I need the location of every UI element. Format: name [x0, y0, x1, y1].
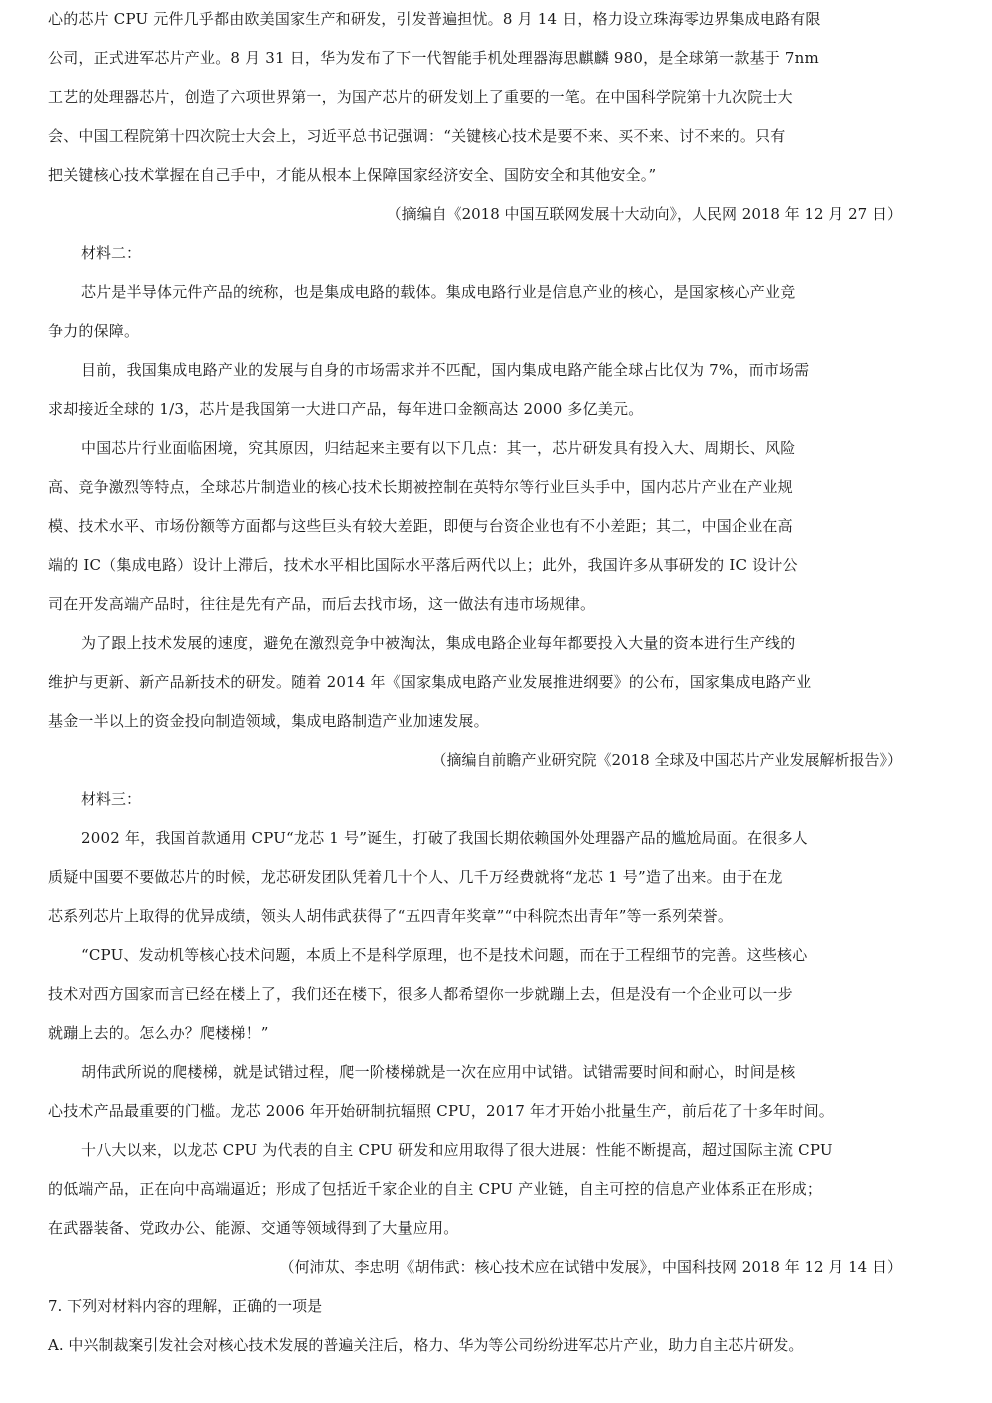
text-line: 模、技术水平、市场份额等方面都与这些巨头有较大差距，即便与台资企业也有不小差距；… [48, 507, 908, 546]
text-line: 司在开发高端产品时，往往是先有产品，而后去找市场，这一做法有违市场规律。 [48, 585, 908, 624]
option-a: A. 中兴制裁案引发社会对核心技术发展的普遍关注后，格力、华为等公司纷纷进军芯片… [48, 1326, 908, 1365]
paragraph: 胡伟武所说的爬楼梯，就是试错过程，爬一阶楼梯就是一次在应用中试错。试错需要时间和… [48, 1053, 908, 1131]
section-heading: 材料三： [48, 780, 908, 819]
paragraph: 目前，我国集成电路产业的发展与自身的市场需求并不匹配，国内集成电路产能全球占比仅… [48, 351, 908, 429]
text-line: 心的芯片 CPU 元件几乎都由欧美国家生产和研发，引发普遍担忧。8 月 14 日… [48, 0, 908, 39]
text-line: 目前，我国集成电路产业的发展与自身的市场需求并不匹配，国内集成电路产能全球占比仅… [48, 351, 908, 390]
source-citation: （何沛苁、李忠明《胡伟武：核心技术应在试错中发展》，中国科技网 2018 年 1… [48, 1248, 908, 1287]
text-line: 就蹦上去的。怎么办？爬楼梯！” [48, 1014, 908, 1053]
question-7: 7. 下列对材料内容的理解，正确的一项是 A. 中兴制裁案引发社会对核心技术发展… [48, 1287, 908, 1365]
text-line: 芯片是半导体元件产品的统称，也是集成电路的载体。集成电路行业是信息产业的核心，是… [48, 273, 908, 312]
text-line: 中国芯片行业面临困境，究其原因，归结起来主要有以下几点：其一，芯片研发具有投入大… [48, 429, 908, 468]
paragraph: 2002 年，我国首款通用 CPU“龙芯 1 号”诞生，打破了我国长期依赖国外处… [48, 819, 908, 936]
material-3: 材料三： 2002 年，我国首款通用 CPU“龙芯 1 号”诞生，打破了我国长期… [48, 780, 908, 1287]
text-line: 技术对西方国家而言已经在楼上了，我们还在楼下，很多人都希望你一步就蹦上去，但是没… [48, 975, 908, 1014]
text-line: 芯系列芯片上取得的优异成绩，领头人胡伟武获得了“五四青年奖章”“中科院杰出青年”… [48, 897, 908, 936]
text-line: 公司，正式进军芯片产业。8 月 31 日，华为发布了下一代智能手机处理器海思麒麟… [48, 39, 908, 78]
document-page: 心的芯片 CPU 元件几乎都由欧美国家生产和研发，引发普遍担忧。8 月 14 日… [48, 0, 908, 1365]
paragraph: 十八大以来，以龙芯 CPU 为代表的自主 CPU 研发和应用取得了很大进展：性能… [48, 1131, 908, 1248]
text-line: 心技术产品最重要的门槛。龙芯 2006 年开始研制抗辐照 CPU，2017 年才… [48, 1092, 908, 1131]
section-heading: 材料二： [48, 234, 908, 273]
text-line: 高、竞争激烈等特点，全球芯片制造业的核心技术长期被控制在英特尔等行业巨头手中，国… [48, 468, 908, 507]
source-citation: （摘编自前瞻产业研究院《2018 全球及中国芯片产业发展解析报告》） [48, 741, 908, 780]
text-line: 十八大以来，以龙芯 CPU 为代表的自主 CPU 研发和应用取得了很大进展：性能… [48, 1131, 908, 1170]
material-1-continuation: 心的芯片 CPU 元件几乎都由欧美国家生产和研发，引发普遍担忧。8 月 14 日… [48, 0, 908, 234]
text-line: 求却接近全球的 1/3，芯片是我国第一大进口产品，每年进口金额高达 2000 多… [48, 390, 908, 429]
text-line: 为了跟上技术发展的速度，避免在激烈竞争中被淘汰，集成电路企业每年都要投入大量的资… [48, 624, 908, 663]
text-line: 的低端产品，正在向中高端逼近；形成了包括近千家企业的自主 CPU 产业链，自主可… [48, 1170, 908, 1209]
paragraph: 芯片是半导体元件产品的统称，也是集成电路的载体。集成电路行业是信息产业的核心，是… [48, 273, 908, 351]
text-line: 2002 年，我国首款通用 CPU“龙芯 1 号”诞生，打破了我国长期依赖国外处… [48, 819, 908, 858]
text-line: 把关键核心技术掌握在自己手中，才能从根本上保障国家经济安全、国防安全和其他安全。… [48, 156, 908, 195]
text-line: “CPU、发动机等核心技术问题，本质上不是科学原理，也不是技术问题，而在于工程细… [48, 936, 908, 975]
question-stem: 7. 下列对材料内容的理解，正确的一项是 [48, 1287, 908, 1326]
paragraph: “CPU、发动机等核心技术问题，本质上不是科学原理，也不是技术问题，而在于工程细… [48, 936, 908, 1053]
text-line: 基金一半以上的资金投向制造领域，集成电路制造产业加速发展。 [48, 702, 908, 741]
text-line: 会、中国工程院第十四次院士大会上，习近平总书记强调：“关键核心技术是要不来、买不… [48, 117, 908, 156]
text-line: 工艺的处理器芯片，创造了六项世界第一，为国产芯片的研发划上了重要的一笔。在中国科… [48, 78, 908, 117]
text-line: 胡伟武所说的爬楼梯，就是试错过程，爬一阶楼梯就是一次在应用中试错。试错需要时间和… [48, 1053, 908, 1092]
source-citation: （摘编自《2018 中国互联网发展十大动向》，人民网 2018 年 12 月 2… [48, 195, 908, 234]
text-line: 争力的保障。 [48, 312, 908, 351]
text-line: 在武器装备、党政办公、能源、交通等领域得到了大量应用。 [48, 1209, 908, 1248]
material-2: 材料二： 芯片是半导体元件产品的统称，也是集成电路的载体。集成电路行业是信息产业… [48, 234, 908, 780]
paragraph: 为了跟上技术发展的速度，避免在激烈竞争中被淘汰，集成电路企业每年都要投入大量的资… [48, 624, 908, 741]
text-line: 维护与更新、新产品新技术的研发。随着 2014 年《国家集成电路产业发展推进纲要… [48, 663, 908, 702]
text-line: 端的 IC（集成电路）设计上滞后，技术水平相比国际水平落后两代以上；此外，我国许… [48, 546, 908, 585]
paragraph: 中国芯片行业面临困境，究其原因，归结起来主要有以下几点：其一，芯片研发具有投入大… [48, 429, 908, 624]
text-line: 质疑中国要不要做芯片的时候，龙芯研发团队凭着几十个人、几千万经费就将“龙芯 1 … [48, 858, 908, 897]
